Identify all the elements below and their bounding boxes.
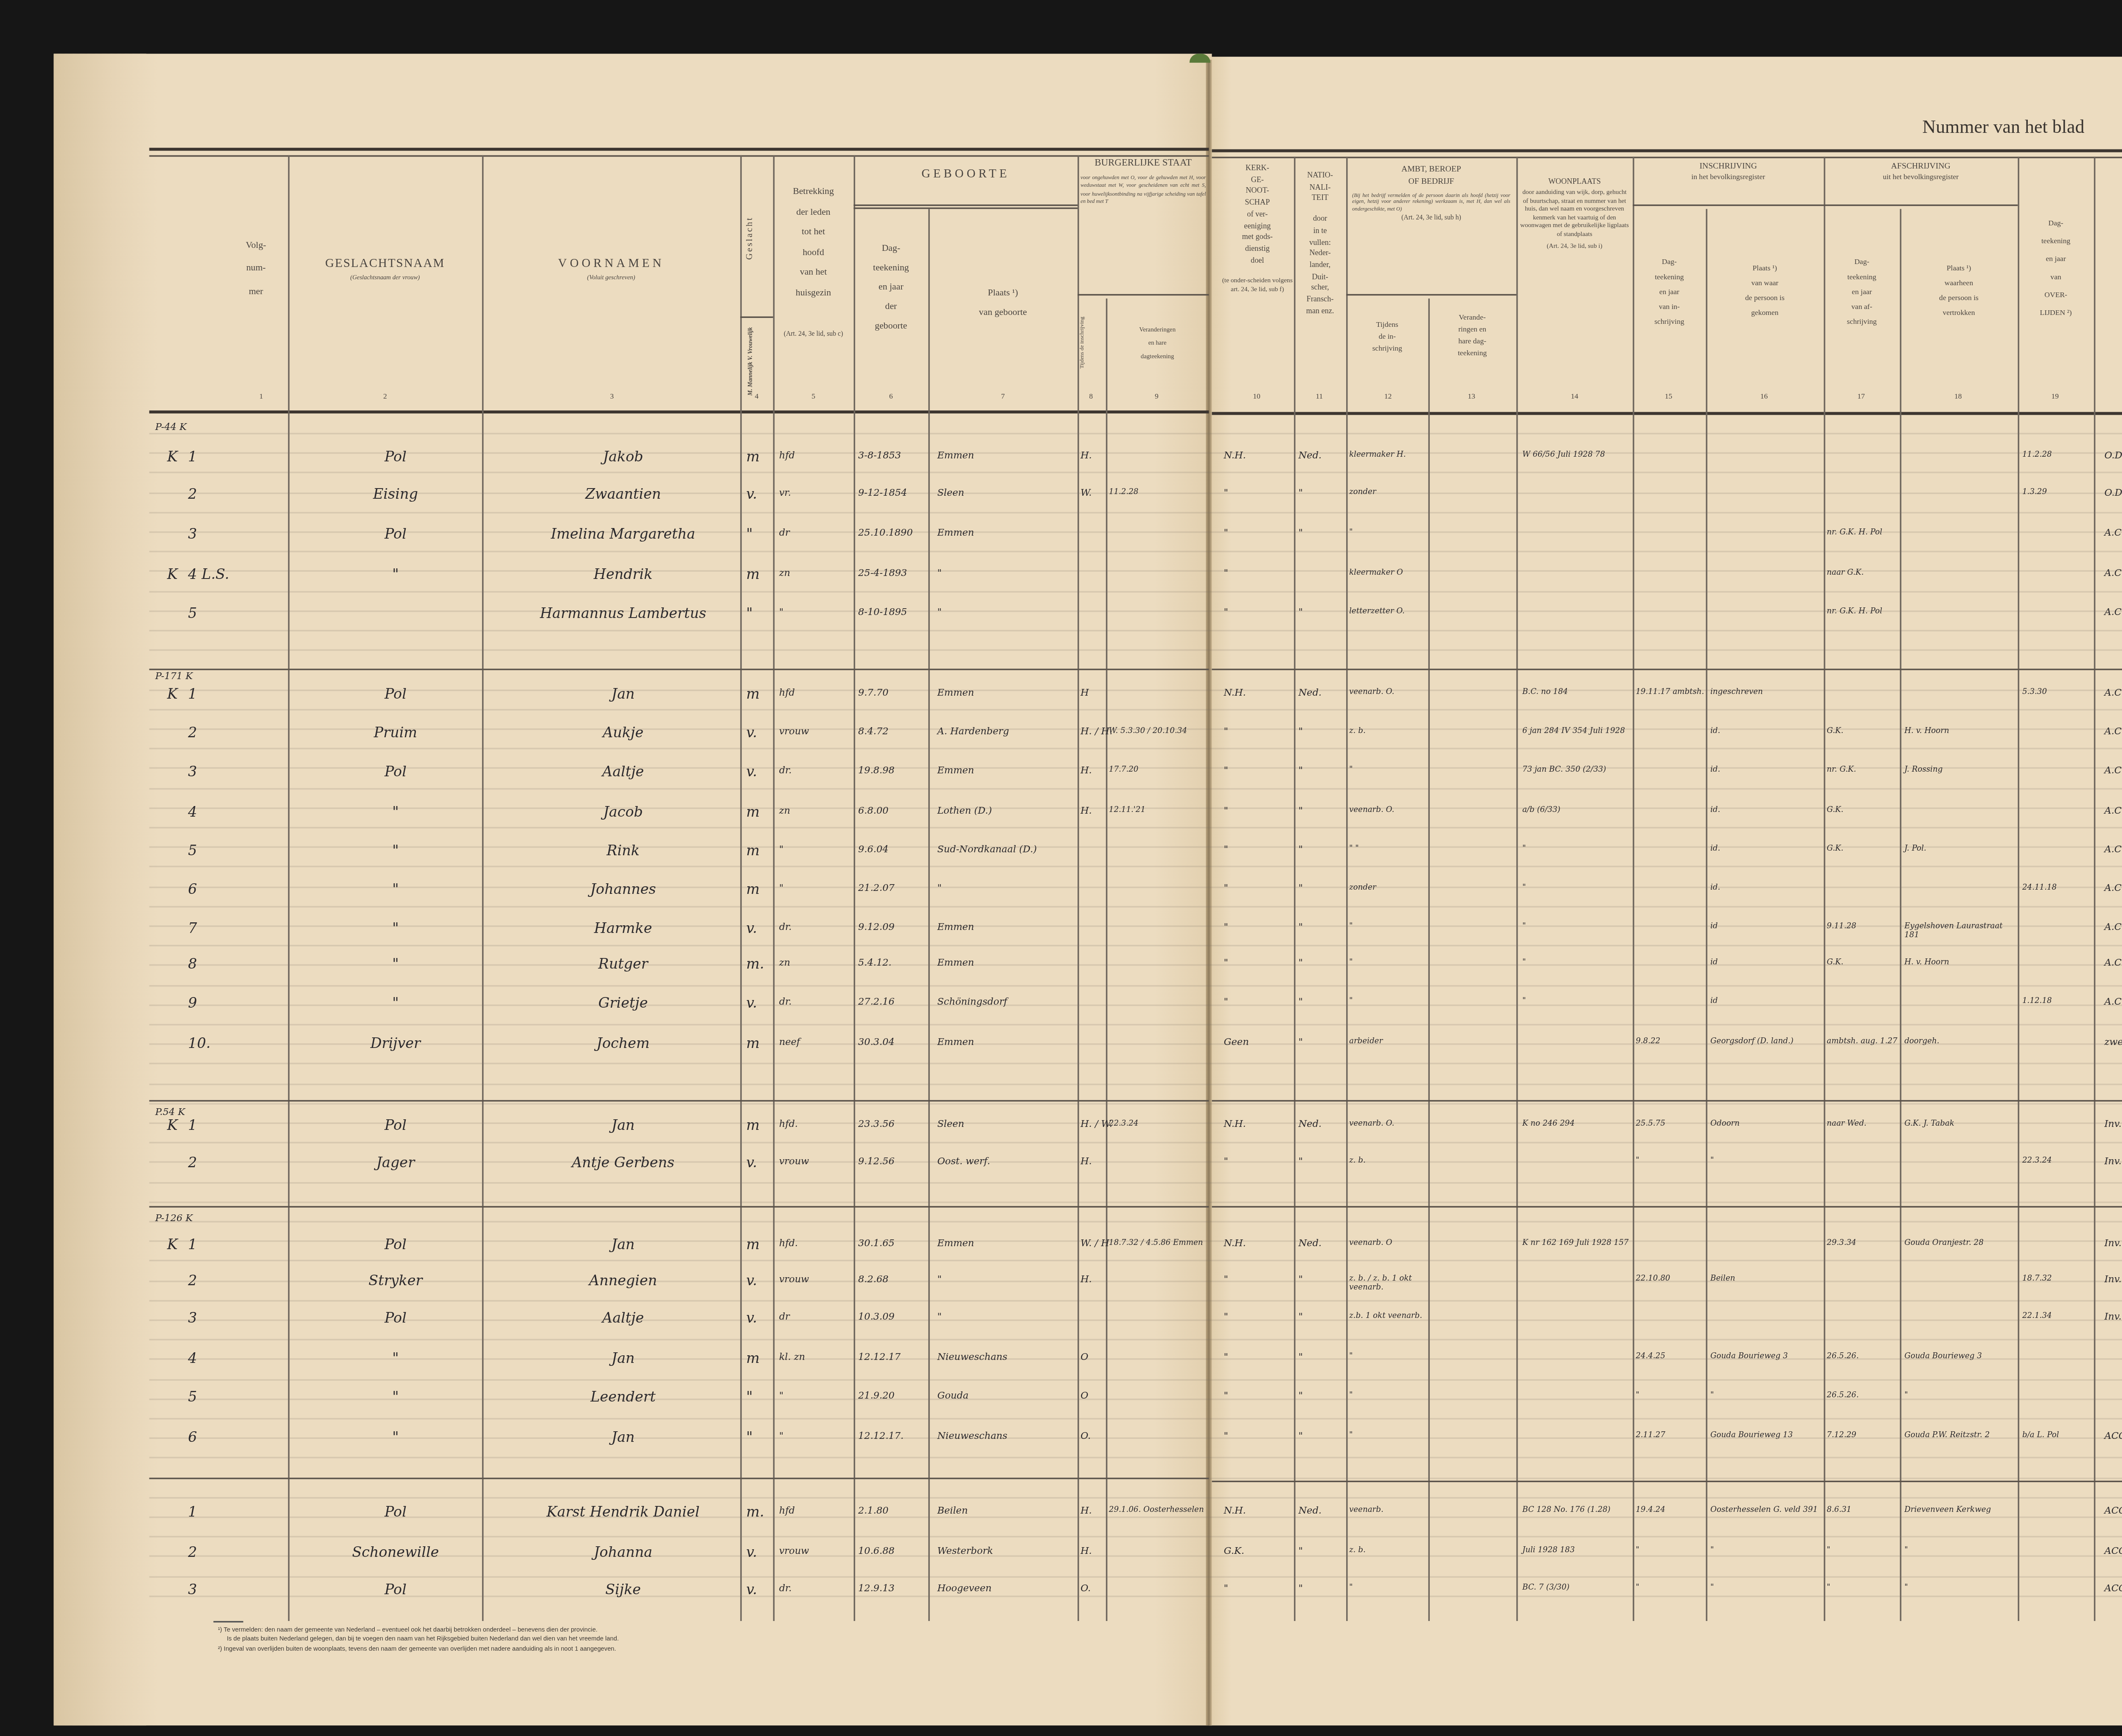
- cell-civil: O: [1081, 1391, 1088, 1402]
- cell-church: N.H.: [1224, 688, 1246, 699]
- header-text: teekening: [1824, 272, 1900, 287]
- header-text: de in-: [1346, 333, 1428, 345]
- book-spread-scan: Nummer van het blad Volg- num- mer: [0, 0, 2122, 1736]
- ruled-line: [149, 787, 2122, 789]
- header-text: Tijdens: [1346, 321, 1428, 333]
- cell-afs-date: 26.5.26.: [1827, 1352, 1858, 1361]
- header-text: en jaar: [1824, 287, 1900, 301]
- cell-given: Aukje: [508, 727, 739, 742]
- cell-relation: dr.: [779, 1584, 792, 1594]
- cell-death: 5.3.30: [2022, 688, 2047, 697]
- cell-surname: ": [321, 806, 470, 821]
- cell-nr: 5: [188, 607, 197, 622]
- cell-surname: Schonewille: [321, 1546, 470, 1561]
- header-top-rule-right-thin: [1212, 157, 2122, 158]
- cell-sex: m: [746, 451, 760, 466]
- cell-civil: H.: [1081, 806, 1092, 817]
- cell-residence: a/b (6/33): [1522, 806, 1561, 815]
- header-text: Duit-: [1294, 272, 1346, 284]
- cell-church: N.H.: [1224, 1506, 1246, 1517]
- column-number: 14: [1560, 391, 1589, 405]
- header-col13: Verande- ringen en hare dag- teekening: [1428, 313, 1516, 361]
- cell-remarks: A.C.C.: [2104, 569, 2122, 579]
- cell-nr: 3: [188, 528, 197, 543]
- header-text: hoofd: [773, 242, 854, 262]
- cell-remarks: A.C.C.: [2104, 922, 2122, 933]
- cell-birth-date: 2.1.80: [858, 1506, 888, 1517]
- cell-civil-change: 22.3.24: [1109, 1119, 1139, 1128]
- cell-sex: m: [746, 1239, 760, 1254]
- cell-civil: H.: [1081, 1546, 1092, 1557]
- cell-afs-date: G.K.: [1827, 727, 1843, 736]
- cell-sex: v.: [746, 1584, 757, 1598]
- cell-given: Hendrik: [508, 569, 739, 584]
- cell-ins-place: ": [1710, 1157, 1714, 1166]
- header-text: OVER-: [2018, 288, 2094, 306]
- header-text: vullen:: [1294, 238, 1346, 250]
- cell-ins-date: ": [1636, 1584, 1639, 1593]
- header-subtitle: (Bij het bedrijf vermelden of de persoon…: [1346, 193, 1516, 212]
- col-rule-10: [1294, 157, 1296, 1621]
- ruled-line: [149, 748, 2122, 750]
- header-col11: NATIO- NALI- TEIT door in te vullen: Ned…: [1294, 171, 1346, 318]
- cell-church: ": [1224, 1157, 1228, 1167]
- header-title: VOORNAMEN: [482, 257, 740, 271]
- cell-sex: m: [746, 1119, 760, 1134]
- cell-afs-place: doorgeh.: [1904, 1037, 1939, 1046]
- cell-church: ": [1224, 1584, 1228, 1594]
- footnote-1b: Is de plaats buiten Nederland gelegen, d…: [227, 1635, 619, 1643]
- cell-nat: ": [1298, 1584, 1302, 1594]
- cell-occ: zonder: [1349, 884, 1376, 893]
- footnote-2: ²) Ingeval van overlijden buiten de woon…: [218, 1645, 616, 1653]
- footnote-rule: [213, 1621, 243, 1623]
- cell-relation: vr.: [779, 488, 791, 499]
- cell-sex: m.: [746, 958, 764, 973]
- ambt-subrule: [1346, 294, 1516, 296]
- header-subtitle: (Art. 24, 5e lid): [2094, 287, 2122, 303]
- cell-nr: 1: [188, 688, 197, 703]
- cell-residence: K no 246 294: [1522, 1119, 1575, 1128]
- cell-ins-date: 2.11.27: [1636, 1431, 1665, 1440]
- cell-afs-date: 8.6.31: [1827, 1506, 1851, 1515]
- cell-ins-place: id: [1710, 958, 1718, 967]
- cell-death: 22.1.34: [2022, 1312, 2052, 1321]
- cell-residence: 73 jan BC. 350 (2/33): [1522, 766, 1606, 775]
- header-text: teekening: [1428, 349, 1516, 361]
- cell-ins-date: ": [1636, 1391, 1639, 1400]
- cell-sex: v.: [746, 1157, 757, 1171]
- cell-civil: O: [1081, 1352, 1088, 1363]
- header-inschrijving: INSCHRIJVING in het bevolkingsregister: [1633, 161, 1824, 185]
- cell-nat: ": [1298, 1037, 1302, 1048]
- cell-afs-date: 7.12.29: [1827, 1431, 1856, 1440]
- cell-birth-date: 10.3.09: [858, 1312, 895, 1323]
- cell-civil: H.: [1081, 451, 1092, 461]
- cell-civil: O.: [1081, 1584, 1091, 1594]
- ruled-line: [149, 1142, 2122, 1144]
- header-subtitle: (Art. 24, 3e lid, sub c): [773, 330, 854, 338]
- cell-ins-date: 22.10.80: [1636, 1275, 1670, 1284]
- cell-ins-place: id.: [1710, 806, 1720, 815]
- cell-residence: ": [1522, 958, 1526, 967]
- header-col4-sub: M. Mannelijk V. Vrouwelijk: [746, 326, 767, 397]
- header-text: Volg-: [224, 239, 288, 253]
- cell-remarks: Inv. A.C.C.: [2104, 1119, 2122, 1130]
- cell-nat: ": [1298, 1312, 1302, 1323]
- cell-occ: ": [1349, 1391, 1353, 1400]
- cell-afs-place: G.K. J. Tabak: [1904, 1119, 1954, 1128]
- cell-nat: Ned.: [1298, 688, 1322, 699]
- cell-death: 18.7.32: [2022, 1275, 2052, 1284]
- cell-nr: 2: [188, 488, 197, 503]
- header-text: gekomen: [1706, 307, 1824, 322]
- group-separator: [149, 1100, 1209, 1102]
- header-col5: Betrekking der leden tot het hoofd van h…: [773, 182, 854, 338]
- cell-surname: Eising: [321, 488, 470, 503]
- header-text: of ver-: [1221, 210, 1294, 222]
- cell-birth-place: A. Hardenberg: [937, 727, 1009, 738]
- cell-given: Aaltje: [508, 766, 739, 781]
- cell-sex: v.: [746, 766, 757, 781]
- header-text: LIJDEN ²): [2018, 306, 2094, 324]
- cell-nat: ": [1298, 607, 1302, 618]
- cell-birth-place: Westerbork: [937, 1546, 993, 1557]
- header-text: MERKINGEN: [2094, 270, 2122, 287]
- cell-church: ": [1224, 1352, 1228, 1363]
- header-col15: Dag- teekening en jaar van in- schrijvin…: [1633, 257, 1706, 331]
- cell-relation: zn: [779, 958, 790, 969]
- ruled-line: [149, 709, 2122, 711]
- cell-remarks: O.D.R. A.C.C.: [2104, 451, 2122, 461]
- cell-given: Johannes: [508, 884, 739, 899]
- cell-sex: v.: [746, 1546, 757, 1561]
- cell-nr: 2: [188, 1546, 197, 1561]
- ruled-line: [149, 1536, 2122, 1538]
- cell-occ: z. b.: [1349, 727, 1366, 736]
- col-rule-14: [1633, 157, 1634, 1621]
- cell-nr: 1: [188, 1239, 197, 1254]
- cell-nat: ": [1298, 1275, 1302, 1285]
- header-text: SCHAP: [1221, 199, 1294, 210]
- cell-surname: ": [321, 1352, 470, 1367]
- cell-given: Jochem: [508, 1037, 739, 1052]
- ruled-line: [149, 985, 2122, 986]
- cell-surname: Pol: [321, 766, 470, 781]
- header-text: GE-: [1221, 176, 1294, 187]
- cell-church: ": [1224, 1312, 1228, 1323]
- col-rule-16: [1824, 157, 1825, 1621]
- cell-remarks: ACC: [2104, 1546, 2122, 1557]
- cell-afs-place: H. v. Hoorn: [1904, 958, 1949, 967]
- header-text: huisgezin: [773, 283, 854, 303]
- cell-relation: hfd.: [779, 1239, 798, 1250]
- cell-birth-place: Emmen: [937, 922, 974, 933]
- header-text: eeniging: [1221, 222, 1294, 233]
- cell-ins-place: Oosterhesselen G. veld 391: [1710, 1506, 1818, 1515]
- cell-nr: 2: [188, 727, 197, 742]
- cell-nr: 2: [188, 1157, 197, 1171]
- cell-occ: veenarb. O: [1349, 1239, 1392, 1248]
- header-col3: VOORNAMEN (Voluit geschreven): [482, 257, 740, 282]
- header-subtitle: uit het bevolkingsregister: [1824, 173, 2018, 185]
- ruled-line: [149, 1339, 2122, 1341]
- cell-birth-place: Emmen: [937, 528, 974, 539]
- cell-surname: Jager: [321, 1157, 470, 1171]
- group-separator: [1212, 1206, 2122, 1208]
- cell-given: Rink: [508, 845, 739, 860]
- cell-nat: ": [1298, 1546, 1302, 1557]
- cell-birth-place: Emmen: [937, 688, 974, 699]
- cell-nr: 5: [188, 845, 197, 860]
- cell-occ: kleermaker H.: [1349, 451, 1406, 460]
- cell-residence: ": [1522, 997, 1526, 1006]
- cell-occ: ": [1349, 1352, 1353, 1361]
- cell-relation: ": [779, 845, 783, 855]
- cell-church: ": [1224, 922, 1228, 933]
- header-text: ringen en: [1428, 326, 1516, 337]
- cell-church: ": [1224, 488, 1228, 499]
- cell-birth-place: ": [937, 607, 941, 618]
- cell-church: N.H.: [1224, 1119, 1246, 1130]
- header-text: Veranderingen: [1106, 323, 1209, 336]
- cell-residence: Juli 1928 183: [1522, 1546, 1575, 1555]
- cell-ins-place: id.: [1710, 727, 1720, 736]
- cell-occ: arbeider: [1349, 1037, 1383, 1046]
- col-rule-12: [1428, 298, 1430, 1621]
- cell-residence: ": [1522, 845, 1526, 854]
- cell-birth-place: ": [937, 569, 941, 579]
- col-rule-17: [1900, 209, 1902, 1621]
- cell-occ: veenarb. O.: [1349, 806, 1394, 815]
- header-text: schrijving: [1824, 317, 1900, 331]
- cell-sex: m: [746, 884, 760, 899]
- cell-relation: zn: [779, 569, 790, 579]
- cell-relation: neef: [779, 1037, 800, 1048]
- cell-sex: ": [746, 528, 752, 543]
- header-title: GEBOORTE: [853, 167, 1077, 181]
- cell-occ: ": [1349, 922, 1353, 931]
- ruled-line: [149, 1300, 2122, 1301]
- cell-occ: " ": [1349, 845, 1359, 854]
- column-number: 3: [597, 391, 627, 405]
- header-ambt: AMBT, BEROEP OF BEDRIJF (Bij het bedrijf…: [1346, 164, 1516, 223]
- cell-afs-place: J. Rossing: [1904, 766, 1942, 775]
- cell-given: Jacob: [508, 806, 739, 821]
- header-text: Dag-: [1633, 257, 1706, 272]
- cell-remarks: A.C.C.: [2104, 727, 2122, 738]
- afschrijving-subrule: [1824, 205, 2018, 206]
- cell-given: Sijke: [508, 1584, 739, 1598]
- cell-church: ": [1224, 569, 1228, 579]
- col-rule-3: [740, 155, 742, 1621]
- group-margin-reference: P-171 K: [155, 671, 193, 682]
- cell-death: b/a L. Pol: [2022, 1431, 2059, 1440]
- cell-ins-date: 19.4.24: [1636, 1506, 1665, 1515]
- cell-afs-date: G.K.: [1827, 845, 1843, 854]
- cell-nr: 1: [188, 1119, 197, 1134]
- cell-ins-place: id: [1710, 922, 1718, 931]
- cell-birth-date: 9.6.04: [858, 845, 888, 855]
- cell-nat: ": [1298, 1352, 1302, 1363]
- ruled-line: [149, 1379, 2122, 1380]
- header-text: en jaar: [853, 278, 928, 297]
- cell-surname: Pol: [321, 528, 470, 543]
- cell-church: ": [1224, 884, 1228, 894]
- cell-nr: 1: [188, 1506, 197, 1521]
- cell-afs-place: ": [1904, 1584, 1908, 1593]
- cell-occ: veenarb. O.: [1349, 1119, 1394, 1128]
- cell-remarks: O.D.R. A.C.C.: [2104, 488, 2122, 499]
- cell-ins-place: Beilen: [1710, 1275, 1735, 1284]
- cell-birth-date: 30.1.65: [858, 1239, 895, 1250]
- column-number: 8: [1076, 391, 1106, 405]
- cell-birth-date: 25-4-1893: [858, 569, 907, 579]
- cell-nat: ": [1298, 766, 1302, 776]
- header-text: KERK-: [1221, 164, 1294, 176]
- col-rule-4: [773, 155, 775, 1621]
- cell-surname: ": [321, 845, 470, 860]
- cell-ins-place: id.: [1710, 766, 1720, 775]
- cell-nr: 4: [188, 806, 197, 821]
- cell-afs-place: Eygelshoven Laurastraat 181: [1904, 922, 2015, 940]
- cell-birth-place: Sleen: [937, 488, 964, 499]
- book-gutter: [1206, 60, 1212, 1726]
- cell-church: ": [1224, 845, 1228, 855]
- inschrijving-subrule: [1633, 205, 1824, 206]
- group-separator: [1212, 1480, 2122, 1482]
- cell-relation: ": [779, 607, 783, 618]
- cell-death: 1.12.18: [2022, 997, 2052, 1006]
- ruled-line: [149, 1576, 2122, 1577]
- ruled-line: [149, 1497, 2122, 1498]
- cell-birth-date: 8-10-1895: [858, 607, 907, 618]
- cell-birth-date: 21.9.20: [858, 1391, 895, 1402]
- cell-civil-change: 17.7.20: [1109, 766, 1139, 775]
- cell-occ: z.b. 1 okt veenarb.: [1349, 1312, 1422, 1321]
- cell-afs-place: ": [1904, 1546, 1908, 1555]
- header-text: en jaar: [1633, 287, 1706, 301]
- header-subtitle: (Voluit geschreven): [482, 274, 740, 282]
- cell-ins-place: Georgsdorf (D. land.): [1710, 1037, 1794, 1046]
- header-col20: AAN- MERKINGEN (Art. 24, 5e lid): [2094, 254, 2122, 303]
- header-col7: Plaats ¹) van geboorte: [928, 284, 1078, 322]
- cell-surname: Stryker: [321, 1275, 470, 1289]
- cell-birth-place: Emmen: [937, 451, 974, 461]
- cell-civil: H: [1081, 688, 1089, 699]
- cell-civil-change: 29.1.06. Oosterhesselen: [1109, 1506, 1204, 1515]
- header-col16: Plaats ¹) van waar de persoon is gekomen: [1706, 263, 1824, 323]
- header-text: dagteekening: [1106, 349, 1209, 363]
- cell-residence: 6 jan 284 IV 354 Juli 1928: [1522, 727, 1625, 736]
- ruled-line: [149, 1182, 2122, 1183]
- cell-church: ": [1224, 1431, 1228, 1442]
- cell-nat: Ned.: [1298, 1119, 1322, 1130]
- header-col8: Tijdens de inschrijving: [1079, 306, 1105, 381]
- header-text: door: [1294, 215, 1346, 227]
- cell-birth-place: Oost. werf.: [937, 1157, 990, 1167]
- ruled-line: [149, 433, 2122, 435]
- cell-ins-date: 25.5.75: [1636, 1119, 1665, 1128]
- cell-ins-place: ingeschreven: [1710, 688, 1763, 697]
- header-text: tot het: [773, 222, 854, 242]
- cell-civil: H. / W.: [1081, 1119, 1104, 1130]
- header-text: van geboorte: [928, 303, 1078, 323]
- header-top-rule-left: [149, 148, 1209, 151]
- cell-nat: ": [1298, 1157, 1302, 1167]
- cell-birth-place: Nieuweschans: [937, 1431, 1007, 1442]
- geboorte-subrule: [853, 205, 1077, 206]
- cell-civil-change: 18.7.32 / 4.5.86 Emmen: [1109, 1239, 1203, 1248]
- cell-afs-date: naar G.K.: [1827, 569, 1864, 578]
- cell-relation: dr.: [779, 766, 792, 776]
- cell-nr: 3: [188, 766, 197, 781]
- cell-ins-place: id.: [1710, 845, 1720, 854]
- cell-sex: v.: [746, 488, 757, 503]
- cell-nat: Ned.: [1298, 451, 1322, 461]
- header-text: de persoon is: [1706, 292, 1824, 307]
- geboorte-subrule-2: [853, 208, 1077, 209]
- cell-ins-place: ": [1710, 1584, 1714, 1593]
- cell-nat: ": [1298, 1431, 1302, 1442]
- header-text: en jaar: [2018, 252, 2094, 270]
- cell-sex: m: [746, 1352, 760, 1367]
- cell-mark: K: [167, 451, 178, 466]
- cell-nr: 3: [188, 1312, 197, 1327]
- header-text: TEIT: [1294, 195, 1346, 206]
- cell-residence: ": [1522, 884, 1526, 893]
- cell-relation: hfd: [779, 451, 795, 461]
- cell-afs-place: H. v. Hoorn: [1904, 727, 1949, 736]
- header-col1: Volg- num- mer: [224, 239, 288, 299]
- cell-birth-place: Emmen: [937, 958, 974, 969]
- cell-civil: H.: [1081, 1157, 1092, 1167]
- ruled-line: [149, 649, 2122, 651]
- cell-civil: O.: [1081, 1431, 1091, 1442]
- header-text: mer: [224, 285, 288, 299]
- cell-church: ": [1224, 1275, 1228, 1285]
- header-text: schrijving: [1633, 317, 1706, 331]
- cell-sex: v.: [746, 922, 757, 937]
- cell-relation: vrouw: [779, 1157, 809, 1167]
- cell-surname: Pol: [321, 688, 470, 703]
- ruled-line: [149, 551, 2122, 553]
- cell-birth-date: 12.9.13: [858, 1584, 895, 1594]
- header-note: (te onder-scheiden volgens art. 24, 3e l…: [1221, 277, 1294, 295]
- cell-afs-date: ambtsh. aug. 1.27: [1827, 1037, 1897, 1046]
- cell-given: Harmke: [508, 922, 739, 937]
- cell-nat: ": [1298, 727, 1302, 738]
- cell-death: 22.3.24: [2022, 1157, 2052, 1166]
- ruled-line: [149, 1260, 2122, 1262]
- header-text: van: [2018, 270, 2094, 288]
- cell-birth-place: Sleen: [937, 1119, 964, 1130]
- header-geboorte: GEBOORTE: [853, 167, 1077, 181]
- cell-given: Jan: [508, 1119, 739, 1134]
- cell-given: Jan: [508, 1352, 739, 1367]
- cell-residence: BC 128 No. 176 (1.28): [1522, 1506, 1611, 1515]
- cell-sex: ": [746, 1431, 752, 1446]
- cell-remarks: Inv. A.K. ACC.: [2104, 1157, 2122, 1167]
- cell-given: Annegien: [508, 1275, 739, 1289]
- cell-nat: ": [1298, 806, 1302, 817]
- cell-sex: m: [746, 845, 760, 860]
- cell-nr: 5: [188, 1391, 197, 1406]
- cell-relation: kl. zn: [779, 1352, 805, 1363]
- cell-afs-date: ": [1827, 1546, 1830, 1555]
- cell-given: Karst Hendrik Daniel: [508, 1506, 739, 1521]
- cell-birth-place: Emmen: [937, 766, 974, 776]
